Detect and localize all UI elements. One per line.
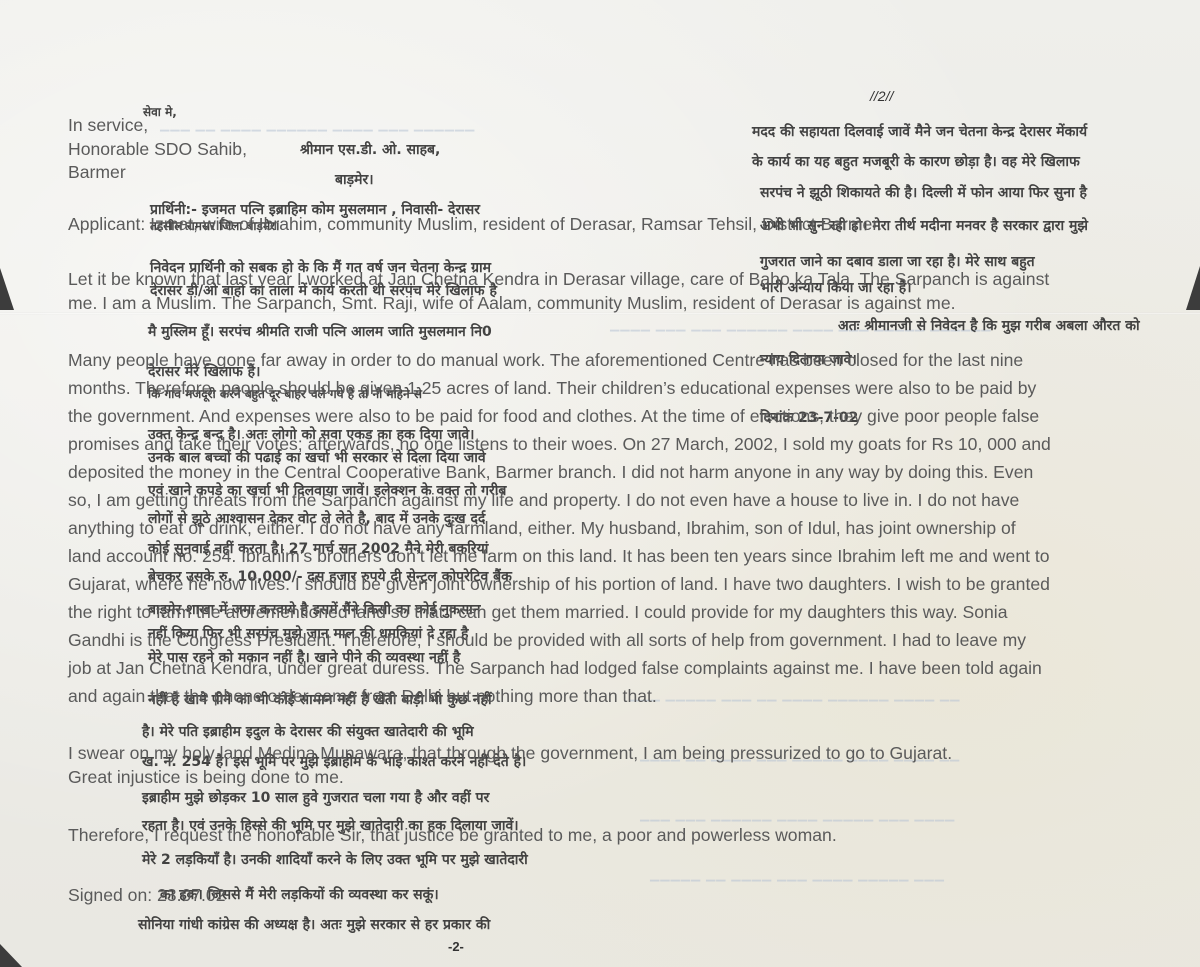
text-line: and again that the phone order came from…: [68, 685, 657, 709]
address-line-recipient: Honorable SDO Sahib,: [68, 138, 247, 162]
page-marker-bottom: -2-: [448, 939, 464, 954]
scan-corner-artifact: [0, 944, 22, 967]
hindi-line: श्रीमान एस.डी. ओ. साहब,: [300, 140, 440, 159]
text-line: Many people have gone far away in order …: [68, 349, 1023, 373]
text-line: Great injustice is being done to me.: [68, 766, 344, 790]
text-line: anything to eat or drink, either. I do n…: [68, 517, 1016, 541]
address-line-city: Barmer: [68, 161, 126, 185]
text-line: Let it be known that last year I worked …: [68, 268, 1049, 292]
scan-corner-artifact: [0, 268, 14, 310]
bleed-through-text: ▔▔▔ ▔▔▔▔▔ ▔▔▔ ▔▔ ▔▔▔▔ ▔▔▔▔▔▔ ▔▔▔▔ ▔▔: [630, 700, 960, 714]
page-marker-top: //2//: [870, 88, 893, 104]
text-line: I swear on my holy land Medina Munawara,…: [68, 742, 952, 766]
text-line: so, I am getting threats from the Sarpan…: [68, 489, 1019, 513]
text-line: Gujarat, where he now lives. I should be…: [68, 573, 1050, 597]
bleed-through-text: ▔▔▔▔▔ ▔▔ ▔▔▔▔ ▔▔▔ ▔▔▔▔ ▔▔▔▔▔ ▔▔▔: [650, 880, 945, 894]
scanned-letter-page: ▔▔▔ ▔▔ ▔▔▔▔ ▔▔▔▔▔▔ ▔▔▔▔ ▔▔▔ ▔▔▔▔▔▔ ▔▔▔▔ …: [0, 0, 1200, 967]
text-line: promises and take their votes; afterward…: [68, 433, 1051, 457]
text-line: months. Therefore, people should be give…: [68, 377, 1036, 401]
request-line: Therefore, I request the honorable Sir, …: [68, 824, 837, 848]
text-line: me. I am a Muslim. The Sarpanch, Smt. Ra…: [68, 292, 956, 316]
scan-corner-artifact: [1186, 266, 1200, 310]
text-line: deposited the money in the Central Coope…: [68, 461, 1033, 485]
hindi-line: के कार्य का यह बहुत मजबूरी के कारण छोड़ा…: [752, 152, 1080, 171]
address-line-salutation: In service,: [68, 114, 148, 138]
text-line: the government. And expenses were also t…: [68, 405, 1039, 429]
signed-date: Signed on: 23.07.02: [68, 884, 226, 908]
hindi-line: सोनिया गांधी कांग्रेस की अध्यक्ष है। अतः…: [138, 915, 490, 934]
hindi-line: बाड़मेर।: [335, 170, 374, 189]
hindi-line: इब्राहीम मुझे छोड़कर 10 साल हुवे गुजरात …: [142, 788, 489, 807]
hindi-line: मदद की सहायता दिलवाई जावें मैने जन चेतना…: [752, 122, 1087, 141]
text-line: the right to farm the aforementioned lan…: [68, 601, 1007, 625]
hindi-line: सरपंच ने झूठी शिकायते की है। दिल्ली में …: [760, 183, 1087, 202]
text-line: land account no. 254. Ibrahim’s brothers…: [68, 545, 1050, 569]
text-line: job at Jan Chetna Kendra, under great du…: [68, 657, 1042, 681]
hindi-line: मै मुस्लिम हूँ। सरपंच श्रीमति राजी पत्नि…: [148, 322, 492, 341]
hindi-line: मेरे 2 लड़कियाँ है। उनकी शादियाँ करने के…: [142, 850, 528, 869]
text-line: Gandhi is the Congress President. Theref…: [68, 629, 1026, 653]
applicant-line: Applicant: Izmat, wife of Ibrahim, commu…: [68, 213, 882, 237]
hindi-line: अतः श्रीमानजी से निवेदन है कि मुझ गरीब अ…: [838, 316, 1140, 335]
hindi-line: है। मेरे पति इब्राहीम इदुल के देरासर की …: [142, 722, 474, 741]
